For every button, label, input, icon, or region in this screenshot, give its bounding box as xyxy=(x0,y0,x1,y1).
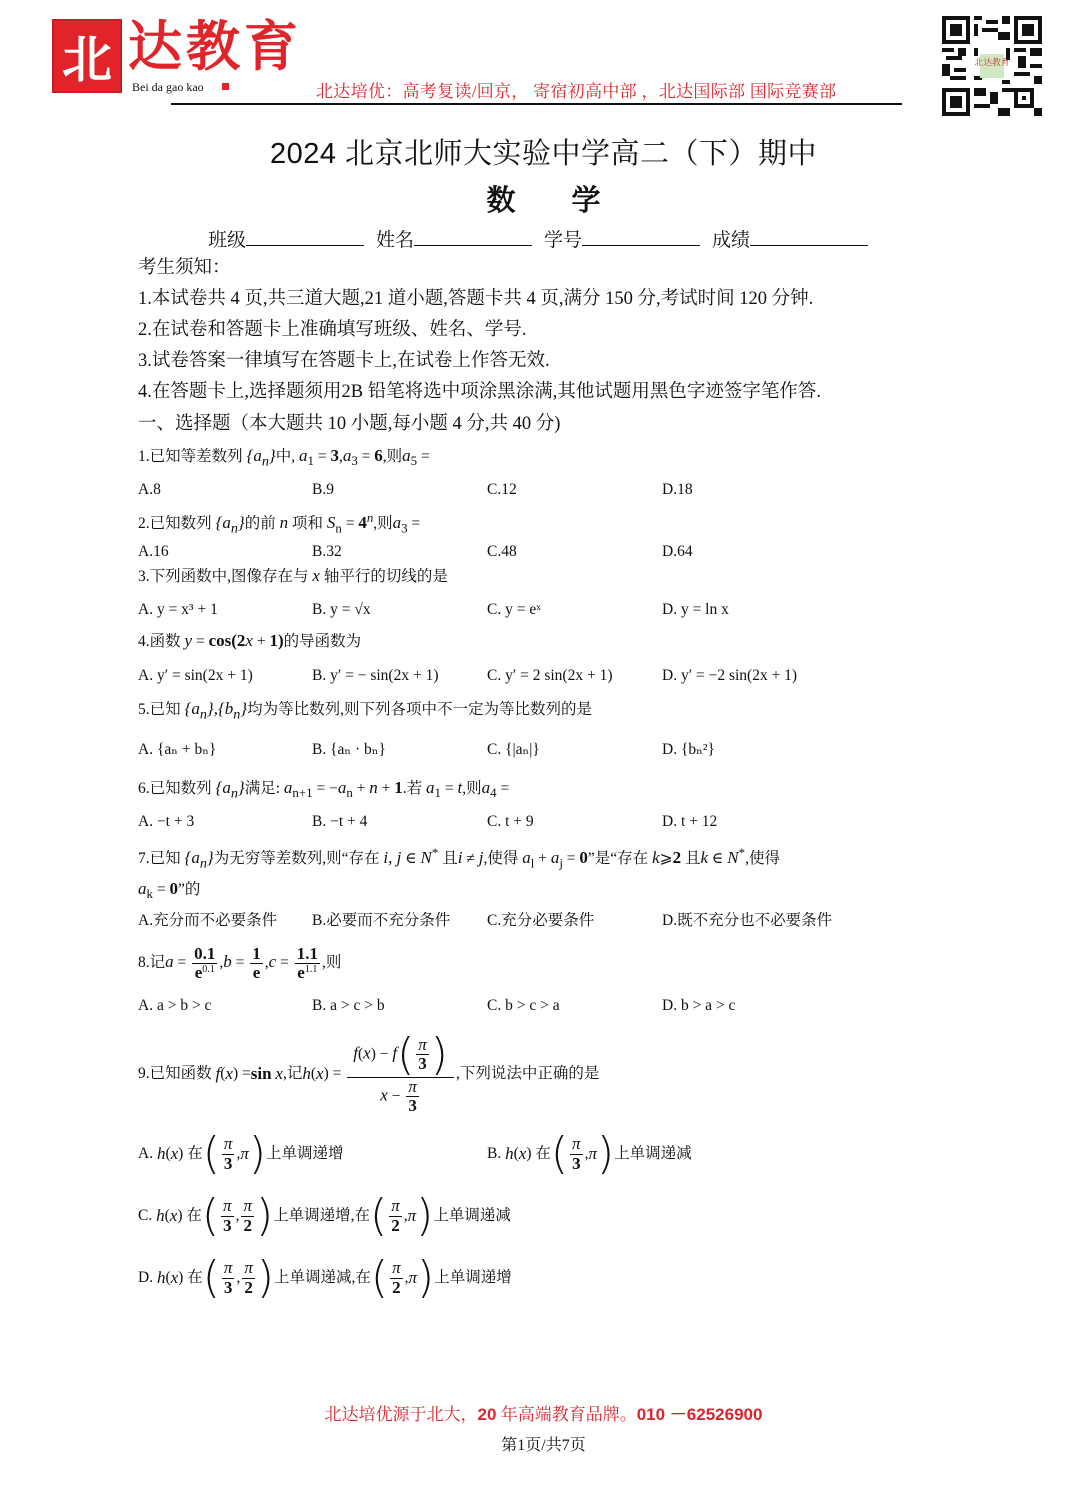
question-8-stem: 8.记a = 0.1e0.1,b = 1e,c = 1.1e1.1,则 xyxy=(138,940,341,985)
question-6-stem: 6.已知数列 {an}满足: an+1 = −an + n + 1.若 a1 =… xyxy=(138,777,509,804)
question-6-option-c[interactable]: C. t + 9 xyxy=(487,811,534,833)
question-7-option-a[interactable]: A.充分而不必要条件 xyxy=(138,910,277,932)
question-6-option-a[interactable]: A. −t + 3 xyxy=(138,811,194,833)
question-4-option-a[interactable]: A. y′ = sin(2x + 1) xyxy=(138,665,253,687)
question-3-option-b[interactable]: B. y = √x xyxy=(312,599,371,621)
question-9-option-d[interactable]: D. h(x) 在(π3,π2)上单调递减,在(π2,π)上单调递增 xyxy=(138,1256,512,1300)
question-3-option-c[interactable]: C. y = eˣ xyxy=(487,599,541,621)
question-8-option-c[interactable]: C. b > c > a xyxy=(487,995,560,1017)
question-9-stem: 9.已知函数 f(x) = sin x,记h(x) = f(x) − f(π3)… xyxy=(138,1026,599,1122)
question-3-option-a[interactable]: A. y = x³ + 1 xyxy=(138,599,218,621)
student-info-fields: 班级 姓名 学号 成绩 xyxy=(208,225,868,252)
question-1-option-d[interactable]: D.18 xyxy=(662,479,693,501)
question-2-option-b[interactable]: B.32 xyxy=(312,541,342,563)
question-5-option-b[interactable]: B. {aₙ · bₙ} xyxy=(312,739,386,761)
question-5-option-d[interactable]: D. {bₙ²} xyxy=(662,739,715,761)
svg-text:北达教育: 北达教育 xyxy=(974,56,1009,67)
question-7-option-b[interactable]: B.必要而不充分条件 xyxy=(312,910,450,932)
question-8-option-a[interactable]: A. a > b > c xyxy=(138,995,211,1017)
question-7-option-c[interactable]: C.充分必要条件 xyxy=(487,910,594,932)
section-heading: 一、选择题（本大题共 10 小题,每小题 4 分,共 40 分) xyxy=(138,412,560,436)
question-1-option-b[interactable]: B.9 xyxy=(312,479,334,501)
question-5-option-a[interactable]: A. {aₙ + bₙ} xyxy=(138,739,216,761)
notice-item: 2.在试卷和答题卡上准确填写班级、姓名、学号. xyxy=(138,318,527,342)
footer-promo: 北达培优源于北大，20 年高端教育品牌。010 －62526900 xyxy=(0,1400,1087,1425)
score-field[interactable]: 成绩 xyxy=(712,225,868,252)
notice-item: 4.在答题卡上,选择题须用2B 铅笔将选中项涂黑涂满,其他试题用黑色字迹签字笔作… xyxy=(138,380,821,404)
question-1-stem: 1.已知等差数列 {an}中, a1 = 3,a3 = 6,则a5 = xyxy=(138,445,430,472)
question-6-option-d[interactable]: D. t + 12 xyxy=(662,811,717,833)
question-1-option-a[interactable]: A.8 xyxy=(138,479,161,501)
question-6-option-b[interactable]: B. −t + 4 xyxy=(312,811,367,833)
notice-heading: 考生须知： xyxy=(138,256,231,280)
question-3-option-d[interactable]: D. y = ln x xyxy=(662,599,729,621)
question-4-option-c[interactable]: C. y′ = 2 sin(2x + 1) xyxy=(487,665,613,687)
question-9-option-c[interactable]: C. h(x) 在(π3,π2)上单调递增,在(π2,π)上单调递减 xyxy=(138,1194,511,1238)
page-number: 第1页/共7页 xyxy=(0,1432,1087,1455)
question-9-option-a[interactable]: A. h(x) 在(π3,π)上单调递增 xyxy=(138,1132,344,1176)
question-2-option-d[interactable]: D.64 xyxy=(662,541,693,563)
question-7-stem-continued: ak = 0”的 xyxy=(138,878,200,905)
qr-code-icon[interactable]: 北达教育 xyxy=(942,16,1042,116)
notice-item: 3.试卷答案一律填写在答题卡上,在试卷上作答无效. xyxy=(138,349,550,373)
question-4-option-b[interactable]: B. y′ = − sin(2x + 1) xyxy=(312,665,439,687)
brand-logo-subtitle: Bei da gao kao xyxy=(132,80,204,95)
question-8-option-b[interactable]: B. a > c > b xyxy=(312,995,385,1017)
class-field[interactable]: 班级 xyxy=(208,225,364,252)
question-8-option-d[interactable]: D. b > a > c xyxy=(662,995,735,1017)
question-2-stem: 2.已知数列 {an}的前 n 项和 Sn = 4n,则a3 = xyxy=(138,507,420,540)
notice-item: 1.本试卷共 4 页,共三道大题,21 道小题,答题卡共 4 页,满分 150 … xyxy=(138,287,813,311)
question-7-option-d[interactable]: D.既不充分也不必要条件 xyxy=(662,910,832,932)
brand-logo-mark: 北 xyxy=(52,19,122,93)
question-1-option-c[interactable]: C.12 xyxy=(487,479,517,501)
question-4-stem: 4.函数 y = cos(2x + 1)的导函数为 xyxy=(138,630,361,653)
student-id-field[interactable]: 学号 xyxy=(544,225,700,252)
question-3-stem: 3.下列函数中,图像存在与 x 轴平行的切线的是 xyxy=(138,565,448,588)
question-2-option-c[interactable]: C.48 xyxy=(487,541,517,563)
brand-logo-text: 达教育 xyxy=(128,14,302,78)
header-tagline: 北达培优：高考复读/回京， 寄宿初高中部 ，北达国际部 国际竞赛部 xyxy=(316,77,836,102)
question-9-option-b[interactable]: B. h(x) 在(π3,π)上单调递减 xyxy=(487,1132,692,1176)
question-2-option-a[interactable]: A.16 xyxy=(138,541,169,563)
question-7-stem: 7.已知 {an}为无穷等差数列,则“存在 i, j ∈ N* 且i ≠ j,使… xyxy=(138,842,780,875)
question-5-stem: 5.已知 {an},{bn}均为等比数列,则下列各项中不一定为等比数列的是 xyxy=(138,698,592,725)
question-5-option-c[interactable]: C. {|aₙ|} xyxy=(487,739,540,761)
question-4-option-d[interactable]: D. y′ = −2 sin(2x + 1) xyxy=(662,665,797,687)
name-field[interactable]: 姓名 xyxy=(376,225,532,252)
header-divider xyxy=(171,103,902,105)
exam-title: 2024 北京北师大实验中学高二（下）期中 xyxy=(0,131,1087,172)
brand-square-icon xyxy=(222,83,229,90)
exam-subject: 数学 xyxy=(0,178,1087,219)
